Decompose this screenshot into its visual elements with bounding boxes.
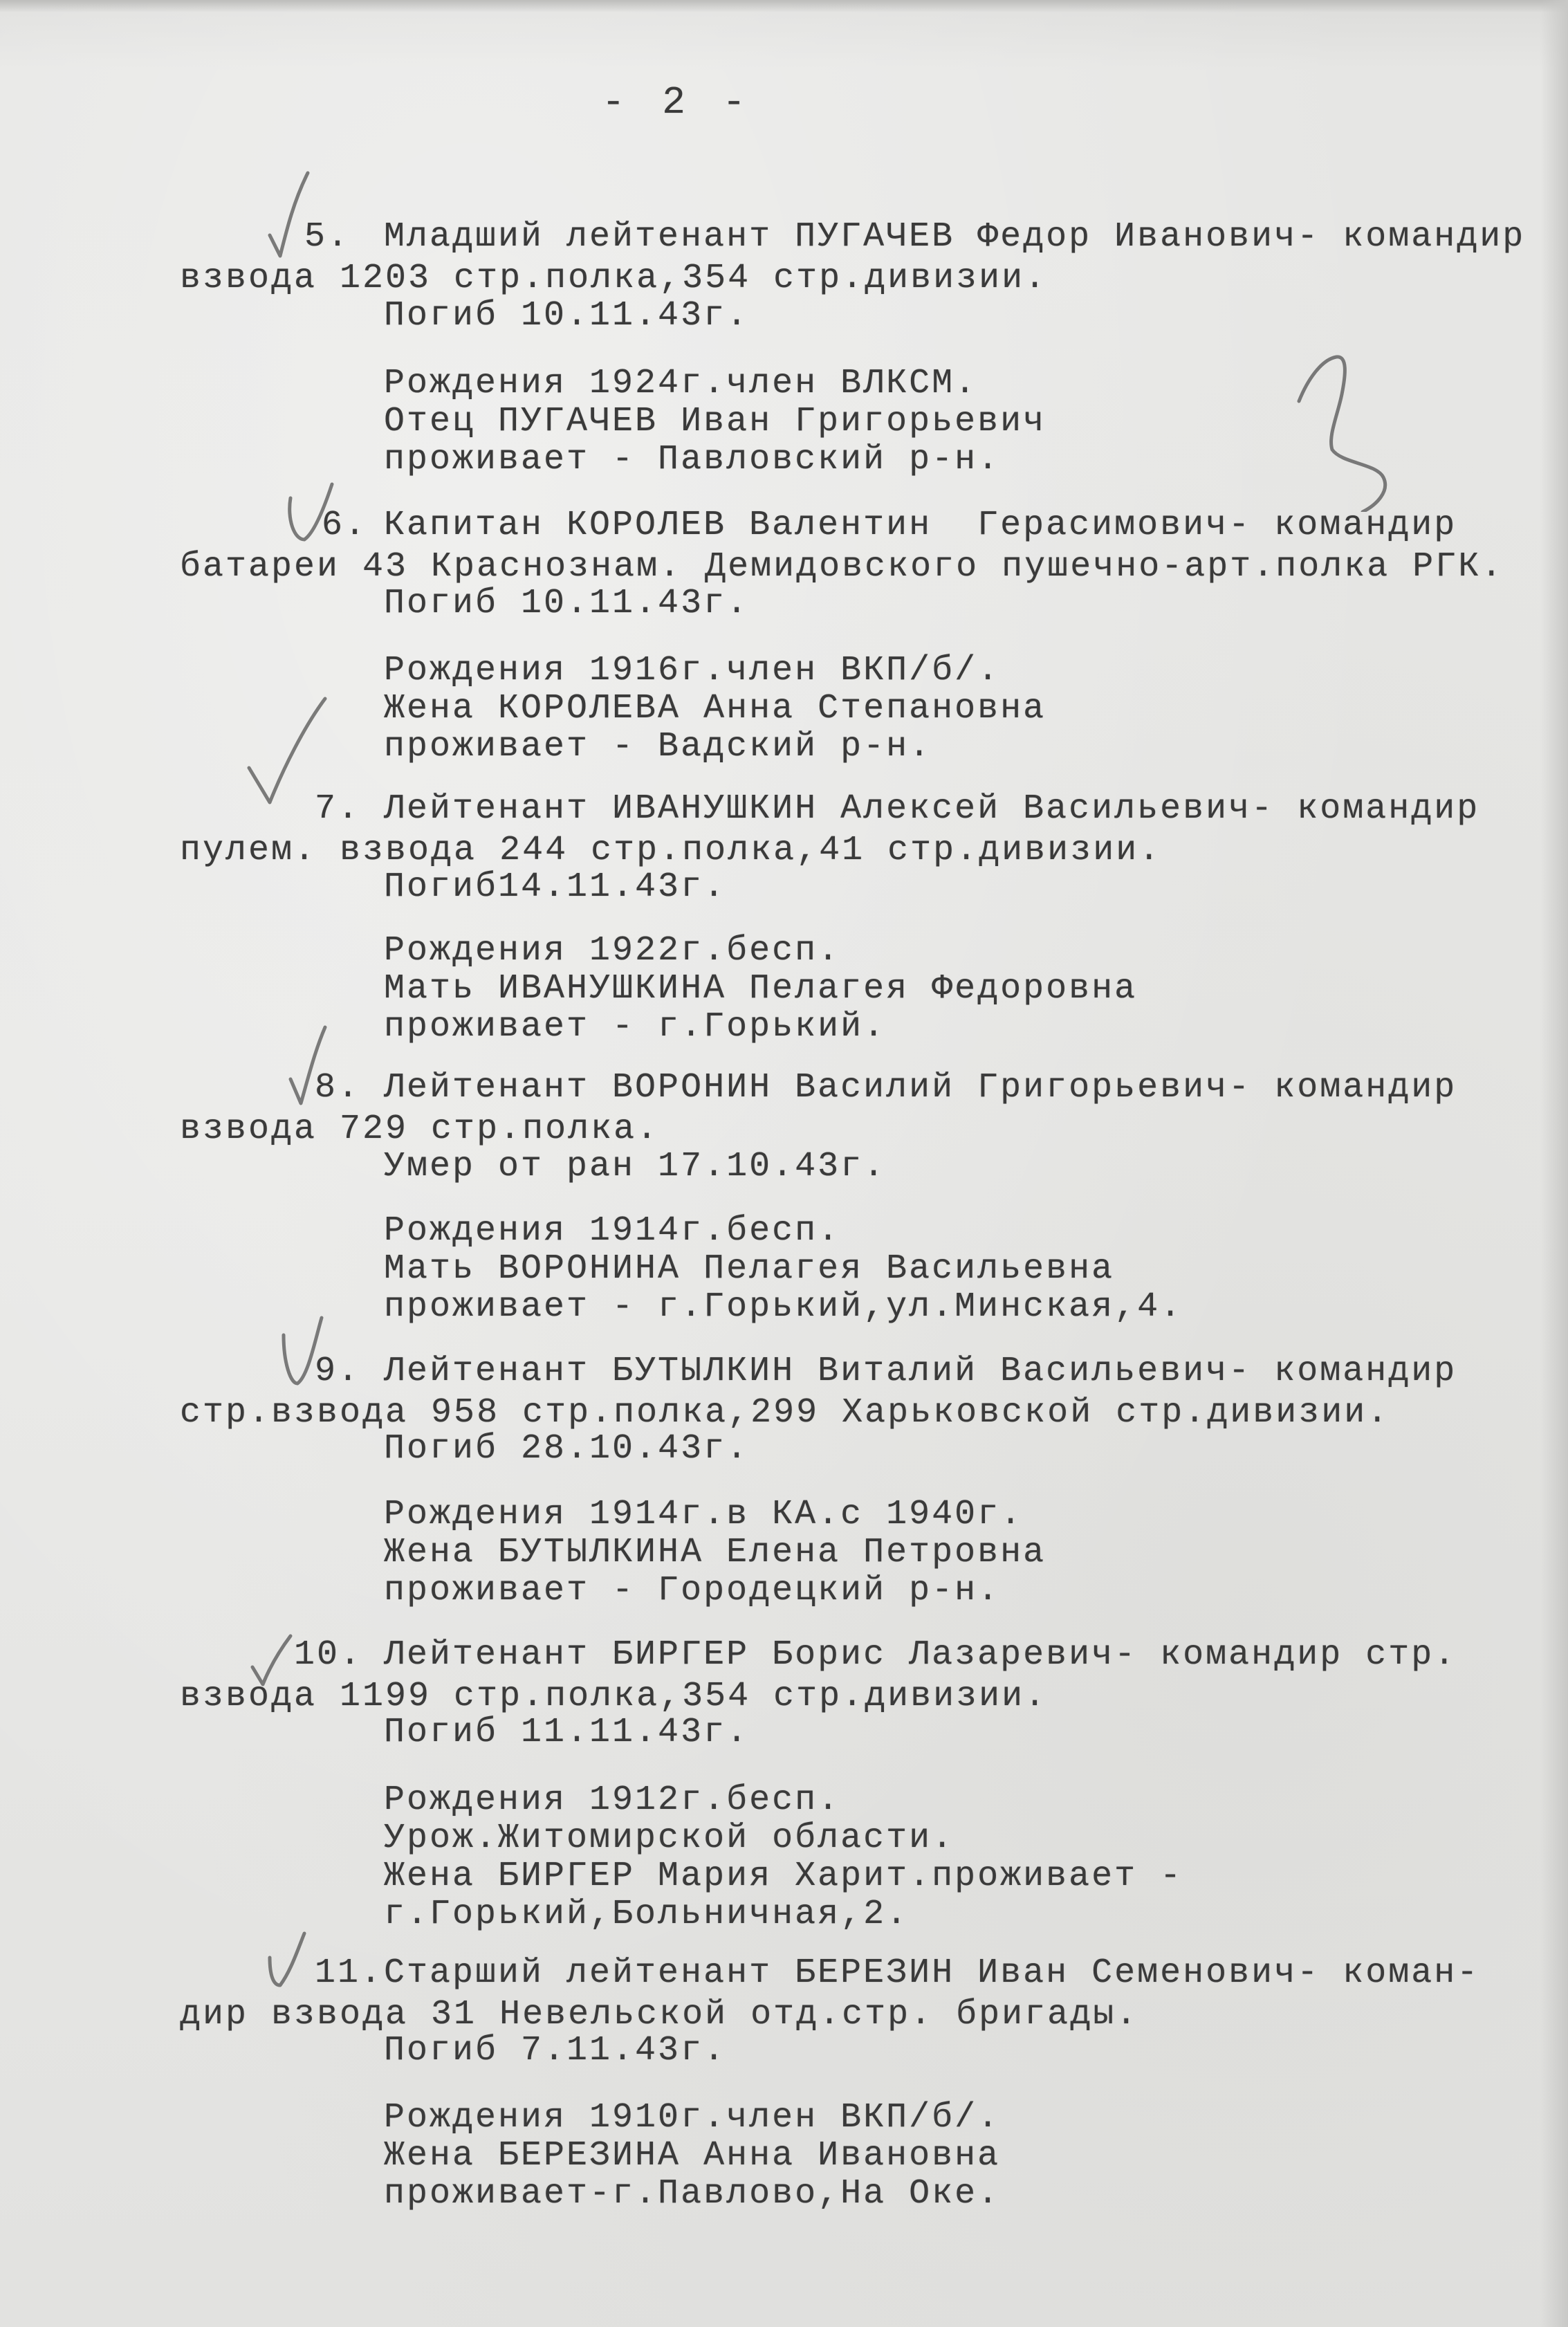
entry-11-detail-1: Рождения 1910г.член ВКП/б/. [384, 2101, 1000, 2135]
entry-8-title: Лейтенант ВОРОНИН Василий Григорьевич- к… [384, 1071, 1457, 1105]
entry-7-death: Погиб14.11.43г. [384, 870, 726, 905]
entry-6-title: Капитан КОРОЛЕВ Валентин Герасимович- ко… [384, 508, 1457, 543]
entry-8-number: 8. [315, 1071, 360, 1105]
entry-5-death: Погиб 10.11.43г. [384, 299, 749, 333]
entry-6-unit: батареи 43 Краснознам. Демидовского пуше… [180, 550, 1504, 585]
entry-9-death: Погиб 28.10.43г. [384, 1432, 749, 1466]
entry-7-detail-1: Рождения 1922г.бесп. [384, 934, 840, 968]
entry-10-detail-3: Жена БИРГЕР Мария Харит.проживает - [384, 1859, 1183, 1894]
entry-6-detail-3: проживает - Вадский р-н. [384, 730, 932, 764]
entry-10-detail-4: г.Горький,Больничная,2. [384, 1897, 909, 1932]
entry-8-detail-1: Рождения 1914г.бесп. [384, 1214, 840, 1249]
entry-5-detail-2: Отец ПУГАЧЕВ Иван Григорьевич [384, 405, 1046, 439]
entry-6-detail-2: Жена КОРОЛЕВА Анна Степановна [384, 692, 1046, 726]
entry-11-death: Погиб 7.11.43г. [384, 2034, 726, 2068]
entry-5-unit: взвода 1203 стр.полка,354 стр.дивизии. [180, 261, 1047, 296]
entry-8-unit: взвода 729 стр.полка. [180, 1112, 659, 1147]
page-top-edge [0, 0, 1568, 12]
handwritten-number-three-icon [1280, 332, 1418, 512]
page-right-edge [1540, 0, 1568, 2327]
entry-11-detail-2: Жена БЕРЕЗИНА Анна Ивановна [384, 2139, 1000, 2173]
entry-8-detail-3: проживает - г.Горький,ул.Минская,4. [384, 1290, 1183, 1325]
entry-5-detail-3: проживает - Павловский р-н. [384, 443, 1000, 477]
entry-9-detail-2: Жена БУТЫЛКИНА Елена Петровна [384, 1536, 1046, 1570]
entry-9-title: Лейтенант БУТЫЛКИН Виталий Васильевич- к… [384, 1354, 1457, 1389]
entry-8-detail-2: Мать ВОРОНИНА Пелагея Васильевна [384, 1252, 1114, 1287]
entry-9-detail-3: проживает - Городецкий р-н. [384, 1574, 1000, 1608]
entry-6-detail-1: Рождения 1916г.член ВКП/б/. [384, 654, 1000, 688]
entry-10-detail-1: Рождения 1912г.бесп. [384, 1783, 840, 1818]
page-number: - 2 - [602, 83, 753, 122]
entry-11-number: 11. [315, 1956, 383, 1991]
entry-10-detail-2: Урож.Житомирской области. [384, 1821, 954, 1856]
entry-11-unit: дир взвода 31 Невельской отд.стр. бригад… [180, 1998, 1138, 2032]
entry-6-number: 6. [322, 508, 367, 543]
entry-8-death: Умер от ран 17.10.43г. [384, 1150, 886, 1184]
entry-5-title: Младший лейтенант ПУГАЧЕВ Федор Иванович… [384, 220, 1525, 255]
entry-10-unit: взвода 1199 стр.полка,354 стр.дивизии. [180, 1680, 1047, 1714]
entry-7-detail-3: проживает - г.Горький. [384, 1010, 886, 1045]
entry-10-number: 10. [294, 1638, 362, 1673]
entry-9-number: 9. [315, 1354, 360, 1389]
entry-11-detail-3: проживает-г.Павлово,На Оке. [384, 2177, 1000, 2211]
entry-7-detail-2: Мать ИВАНУШКИНА Пелагея Федоровна [384, 972, 1137, 1006]
entry-9-detail-1: Рождения 1914г.в КА.с 1940г. [384, 1498, 1023, 1532]
entry-10-death: Погиб 11.11.43г. [384, 1716, 749, 1750]
entry-7-title: Лейтенант ИВАНУШКИН Алексей Васильевич- … [384, 792, 1479, 827]
entry-6-death: Погиб 10.11.43г. [384, 587, 749, 621]
entry-7-unit: пулем. взвода 244 стр.полка,41 стр.дивиз… [180, 834, 1161, 868]
entry-9-unit: стр.взвода 958 стр.полка,299 Харьковской… [180, 1396, 1390, 1431]
entry-10-title: Лейтенант БИРГЕР Борис Лазаревич- команд… [384, 1638, 1457, 1673]
entry-5-line1: 5. [304, 220, 350, 255]
document-page: - 2 - 5. Младший лейтенант ПУГАЧЕВ Федор… [0, 0, 1568, 2327]
entry-11-title: Старший лейтенант БЕРЕЗИН Иван Семенович… [384, 1956, 1479, 1991]
entry-5-detail-1: Рождения 1924г.член ВЛКСМ. [384, 367, 977, 401]
entry-7-number: 7. [315, 792, 360, 827]
